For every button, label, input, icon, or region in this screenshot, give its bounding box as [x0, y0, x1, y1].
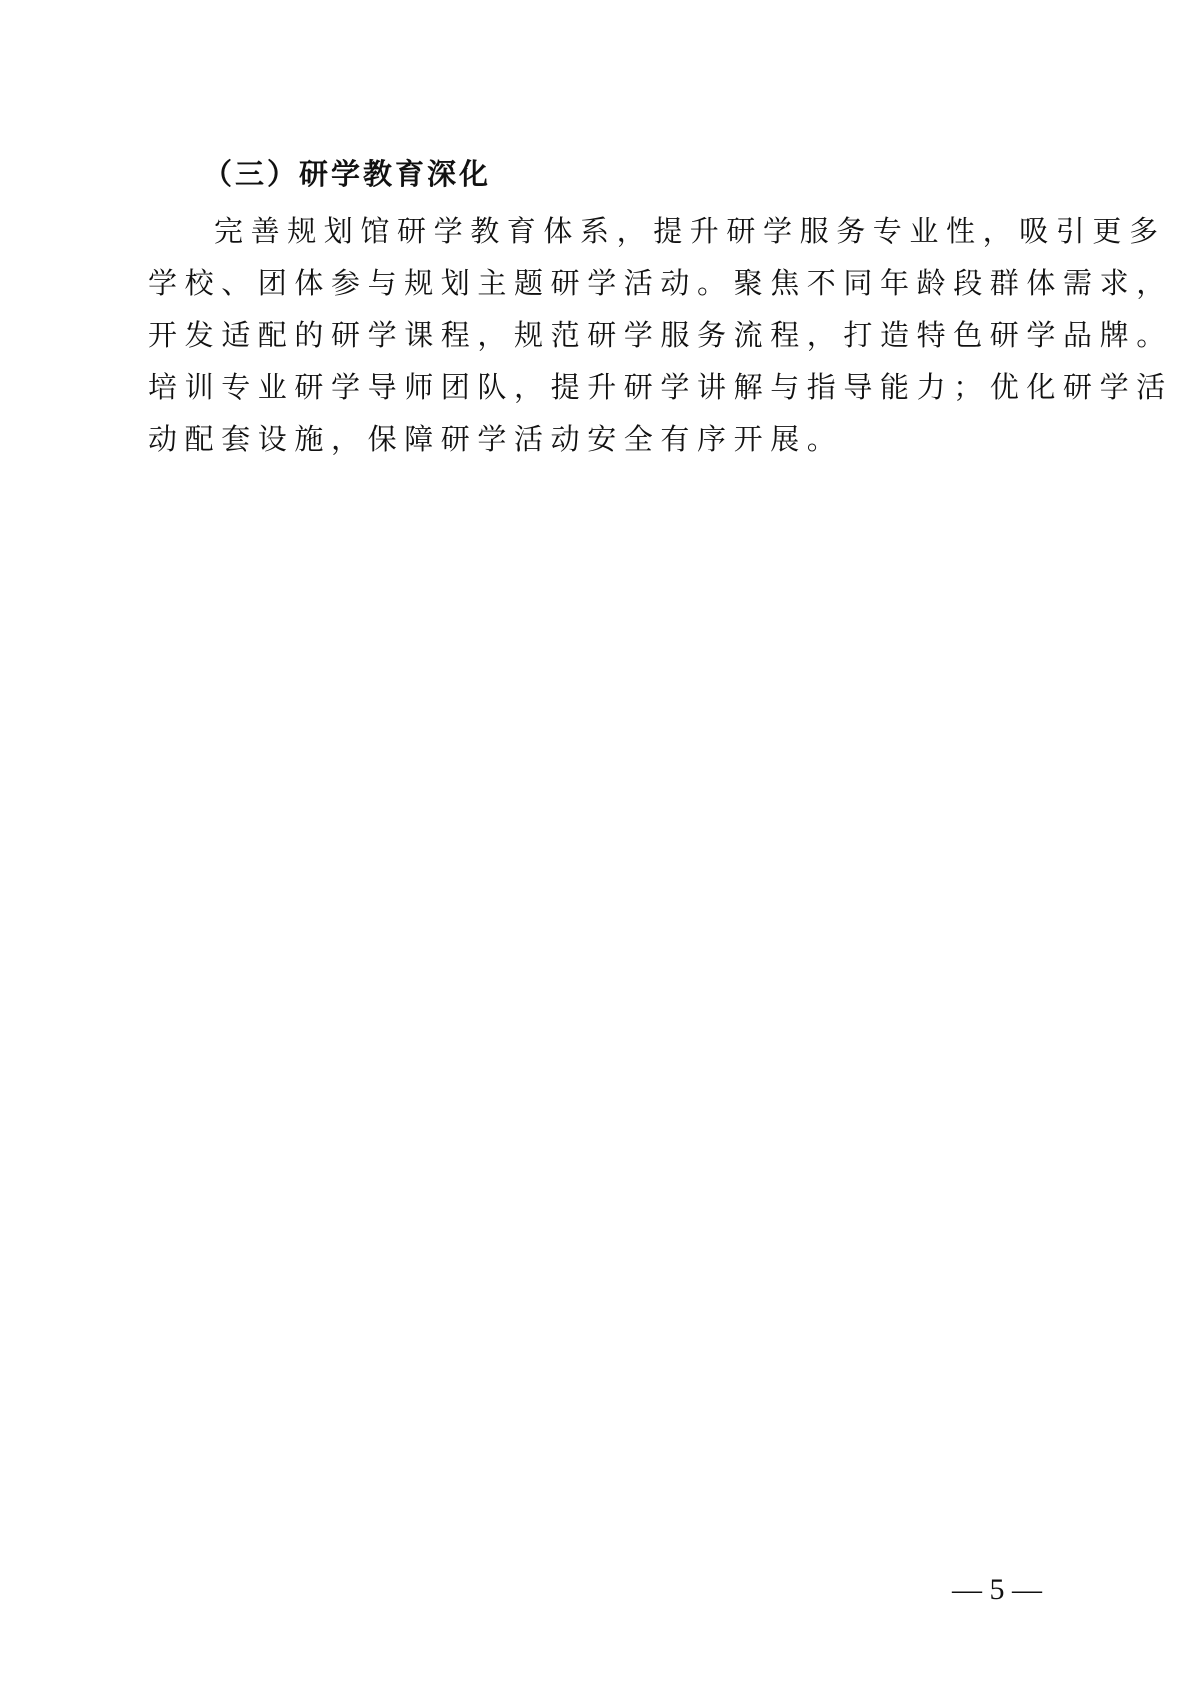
section-heading: （三）研学教育深化	[203, 154, 491, 194]
paragraph-line: 动配套设施，保障研学活动安全有序开展。	[148, 413, 1048, 465]
body-paragraph: 完善规划馆研学教育体系，提升研学服务专业性，吸引更多 学校、团体参与规划主题研学…	[148, 205, 1048, 465]
document-page: （三）研学教育深化 完善规划馆研学教育体系，提升研学服务专业性，吸引更多 学校、…	[0, 0, 1190, 1683]
paragraph-line: 培训专业研学导师团队，提升研学讲解与指导能力；优化研学活	[148, 361, 1048, 413]
page-number: — 5 —	[952, 1572, 1042, 1608]
paragraph-line: 学校、团体参与规划主题研学活动。聚焦不同年龄段群体需求，	[148, 257, 1048, 309]
paragraph-line: 完善规划馆研学教育体系，提升研学服务专业性，吸引更多	[148, 205, 1048, 257]
paragraph-line: 开发适配的研学课程，规范研学服务流程，打造特色研学品牌。	[148, 309, 1048, 361]
